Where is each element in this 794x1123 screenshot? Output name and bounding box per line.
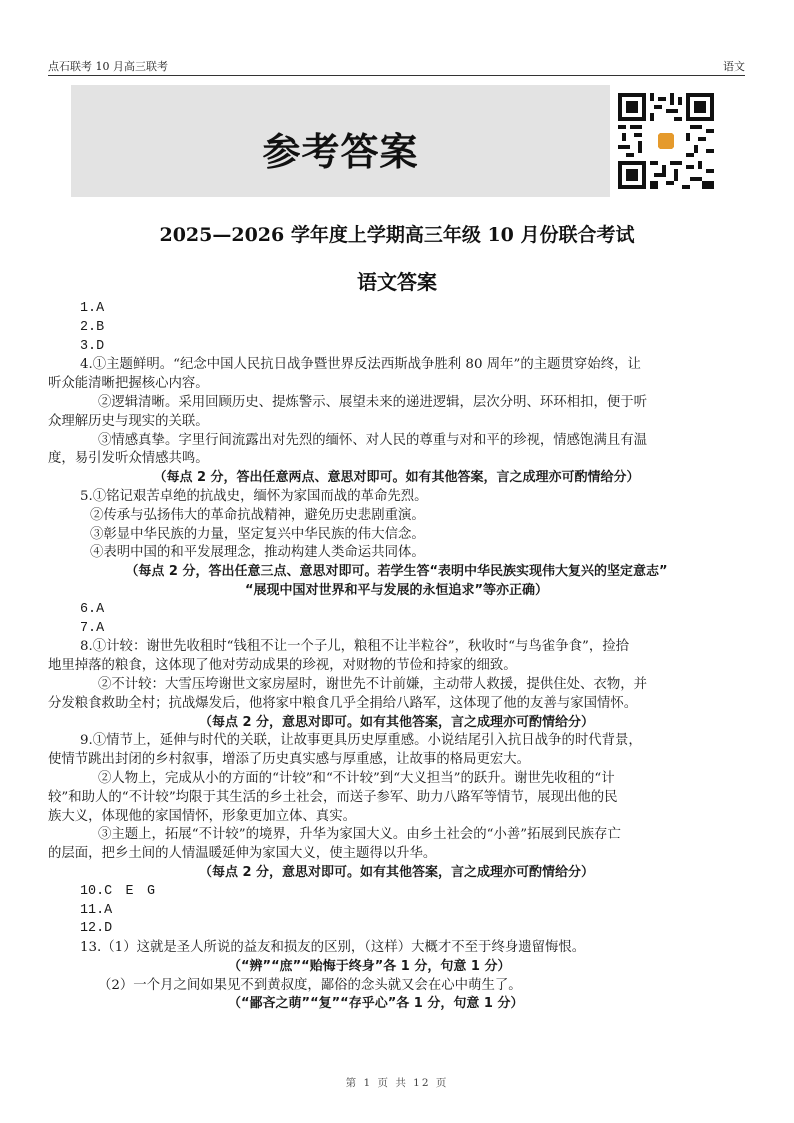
answer-6: 6.A [48, 601, 745, 620]
header-exam-name: 点石联考 10 月高三联考 [48, 60, 168, 74]
qr-code-icon [618, 93, 714, 189]
page-number: 第 1 页 共 12 页 [0, 1075, 794, 1090]
answer-9-point-2-cont2: 族大义，体现他的家国情怀，形象更加立体、真实。 [48, 808, 745, 827]
scoring-note-13-part-1: （“辨”“庶”“贻悔于终身”各 1 分，句意 1 分） [48, 958, 745, 977]
document-title: 2025—2026 学年度上学期高三年级 10 月份联合考试 [0, 220, 794, 247]
answer-4-point-3: ③情感真挚。字里行间流露出对先烈的缅怀、对人民的尊重与对和平的珍视，情感饱满且有… [48, 432, 745, 451]
answer-3: 3.D [48, 338, 745, 357]
answer-4-point-2-cont: 众理解历史与现实的关联。 [48, 413, 745, 432]
answer-11: 11.A [48, 902, 745, 921]
answer-12: 12.D [48, 920, 745, 939]
answer-9-point-1: 9.①情节上，延伸与时代的关联，让故事更具历史厚重感。小说结尾引入抗日战争的时代… [48, 732, 745, 751]
answer-13-part-1: 13.（1）这就是圣人所说的益友和损友的区别，（这样）大概才不至于终身遗留悔恨。 [48, 939, 745, 958]
answer-4-point-2: ②逻辑清晰。采用回顾历史、提炼警示、展望未来的递进逻辑，层次分明、环环相扣，便于… [48, 394, 745, 413]
qr-code [610, 85, 722, 197]
scoring-note-5-line-1: （每点 2 分，答出任意三点、意思对即可。若学生答“表明中华民族实现伟大复兴的坚… [48, 563, 745, 582]
document-subtitle: 语文答案 [0, 266, 794, 295]
answer-9-point-1-cont: 使情节跳出封闭的乡村叙事，增添了历史真实感与厚重感，让故事的格局更宏大。 [48, 751, 745, 770]
answer-5-point-2: ②传承与弘扬伟大的革命抗战精神，避免历史悲剧重演。 [48, 507, 745, 526]
answer-10: 10.C E G [48, 883, 745, 902]
answer-13-part-2: （2）一个月之间如果见不到黄叔度，鄙俗的念头就又会在心中萌生了。 [48, 977, 745, 996]
header-subject: 语文 [723, 60, 745, 74]
answer-banner: 参考答案 [71, 85, 610, 197]
answer-5-point-4: ④表明中国的和平发展理念，推动构建人类命运共同体。 [48, 544, 745, 563]
scoring-note-5-line-2: “展现中国对世界和平与发展的永恒追求”等亦正确） [48, 582, 745, 601]
answer-4-point-3-cont: 度，易引发听众情感共鸣。 [48, 450, 745, 469]
banner-title: 参考答案 [71, 121, 610, 176]
answer-8-point-1: 8.①计较：谢世先收租时“钱租不让一个子儿，粮租不让半粒谷”，秋收时“与鸟雀争食… [48, 638, 745, 657]
answer-5-point-1: 5.①铭记艰苦卓绝的抗战史，缅怀为家国而战的革命先烈。 [48, 488, 745, 507]
answer-8-point-1-cont: 地里掉落的粮食，这体现了他对劳动成果的珍视，对财物的节俭和持家的细致。 [48, 657, 745, 676]
scoring-note-9: （每点 2 分，意思对即可。如有其他答案，言之成理亦可酌情给分） [48, 864, 745, 883]
answer-9-point-2: ②人物上，完成从小的方面的“计较”和“不计较”到“大义担当”的跃升。谢世先收租的… [48, 770, 745, 789]
answer-7: 7.A [48, 620, 745, 639]
answer-2: 2.B [48, 319, 745, 338]
answer-8-point-2: ②不计较：大雪压垮谢世文家房屋时，谢世先不计前嫌，主动带人救援，提供住处、衣物，… [48, 676, 745, 695]
scoring-note-13-part-2: （“鄙吝之萌”“复”“存乎心”各 1 分，句意 1 分） [48, 995, 745, 1014]
scoring-note-8: （每点 2 分，意思对即可。如有其他答案，言之成理亦可酌情给分） [48, 714, 745, 733]
answer-9-point-3-cont: 的层面，把乡土间的人情温暖延伸为家国大义，使主题得以升华。 [48, 845, 745, 864]
answer-9-point-2-cont: 较”和助人的“不计较”均限于其生活的乡土社会，而送子参军、助力八路军等情节，展现… [48, 789, 745, 808]
answer-1: 1.A [48, 300, 745, 319]
scoring-note-4: （每点 2 分，答出任意两点、意思对即可。如有其他答案，言之成理亦可酌情给分） [48, 469, 745, 488]
answer-5-point-3: ③彰显中华民族的力量，坚定复兴中华民族的伟大信念。 [48, 526, 745, 545]
page-header: 点石联考 10 月高三联考 语文 [48, 60, 745, 76]
answer-9-point-3: ③主题上，拓展“不计较”的境界，升华为家国大义。由乡土社会的“小善”拓展到民族存… [48, 826, 745, 845]
answer-8-point-2-cont: 分发粮食救助全村；抗战爆发后，他将家中粮食几乎全捐给八路军，这体现了他的友善与家… [48, 695, 745, 714]
answer-4-point-1: 4.①主题鲜明。“纪念中国人民抗日战争暨世界反法西斯战争胜利 80 周年”的主题… [48, 356, 745, 375]
answer-4-point-1-cont: 听众能清晰把握核心内容。 [48, 375, 745, 394]
answer-content: 1.A 2.B 3.D 4.①主题鲜明。“纪念中国人民抗日战争暨世界反法西斯战争… [48, 300, 745, 1014]
